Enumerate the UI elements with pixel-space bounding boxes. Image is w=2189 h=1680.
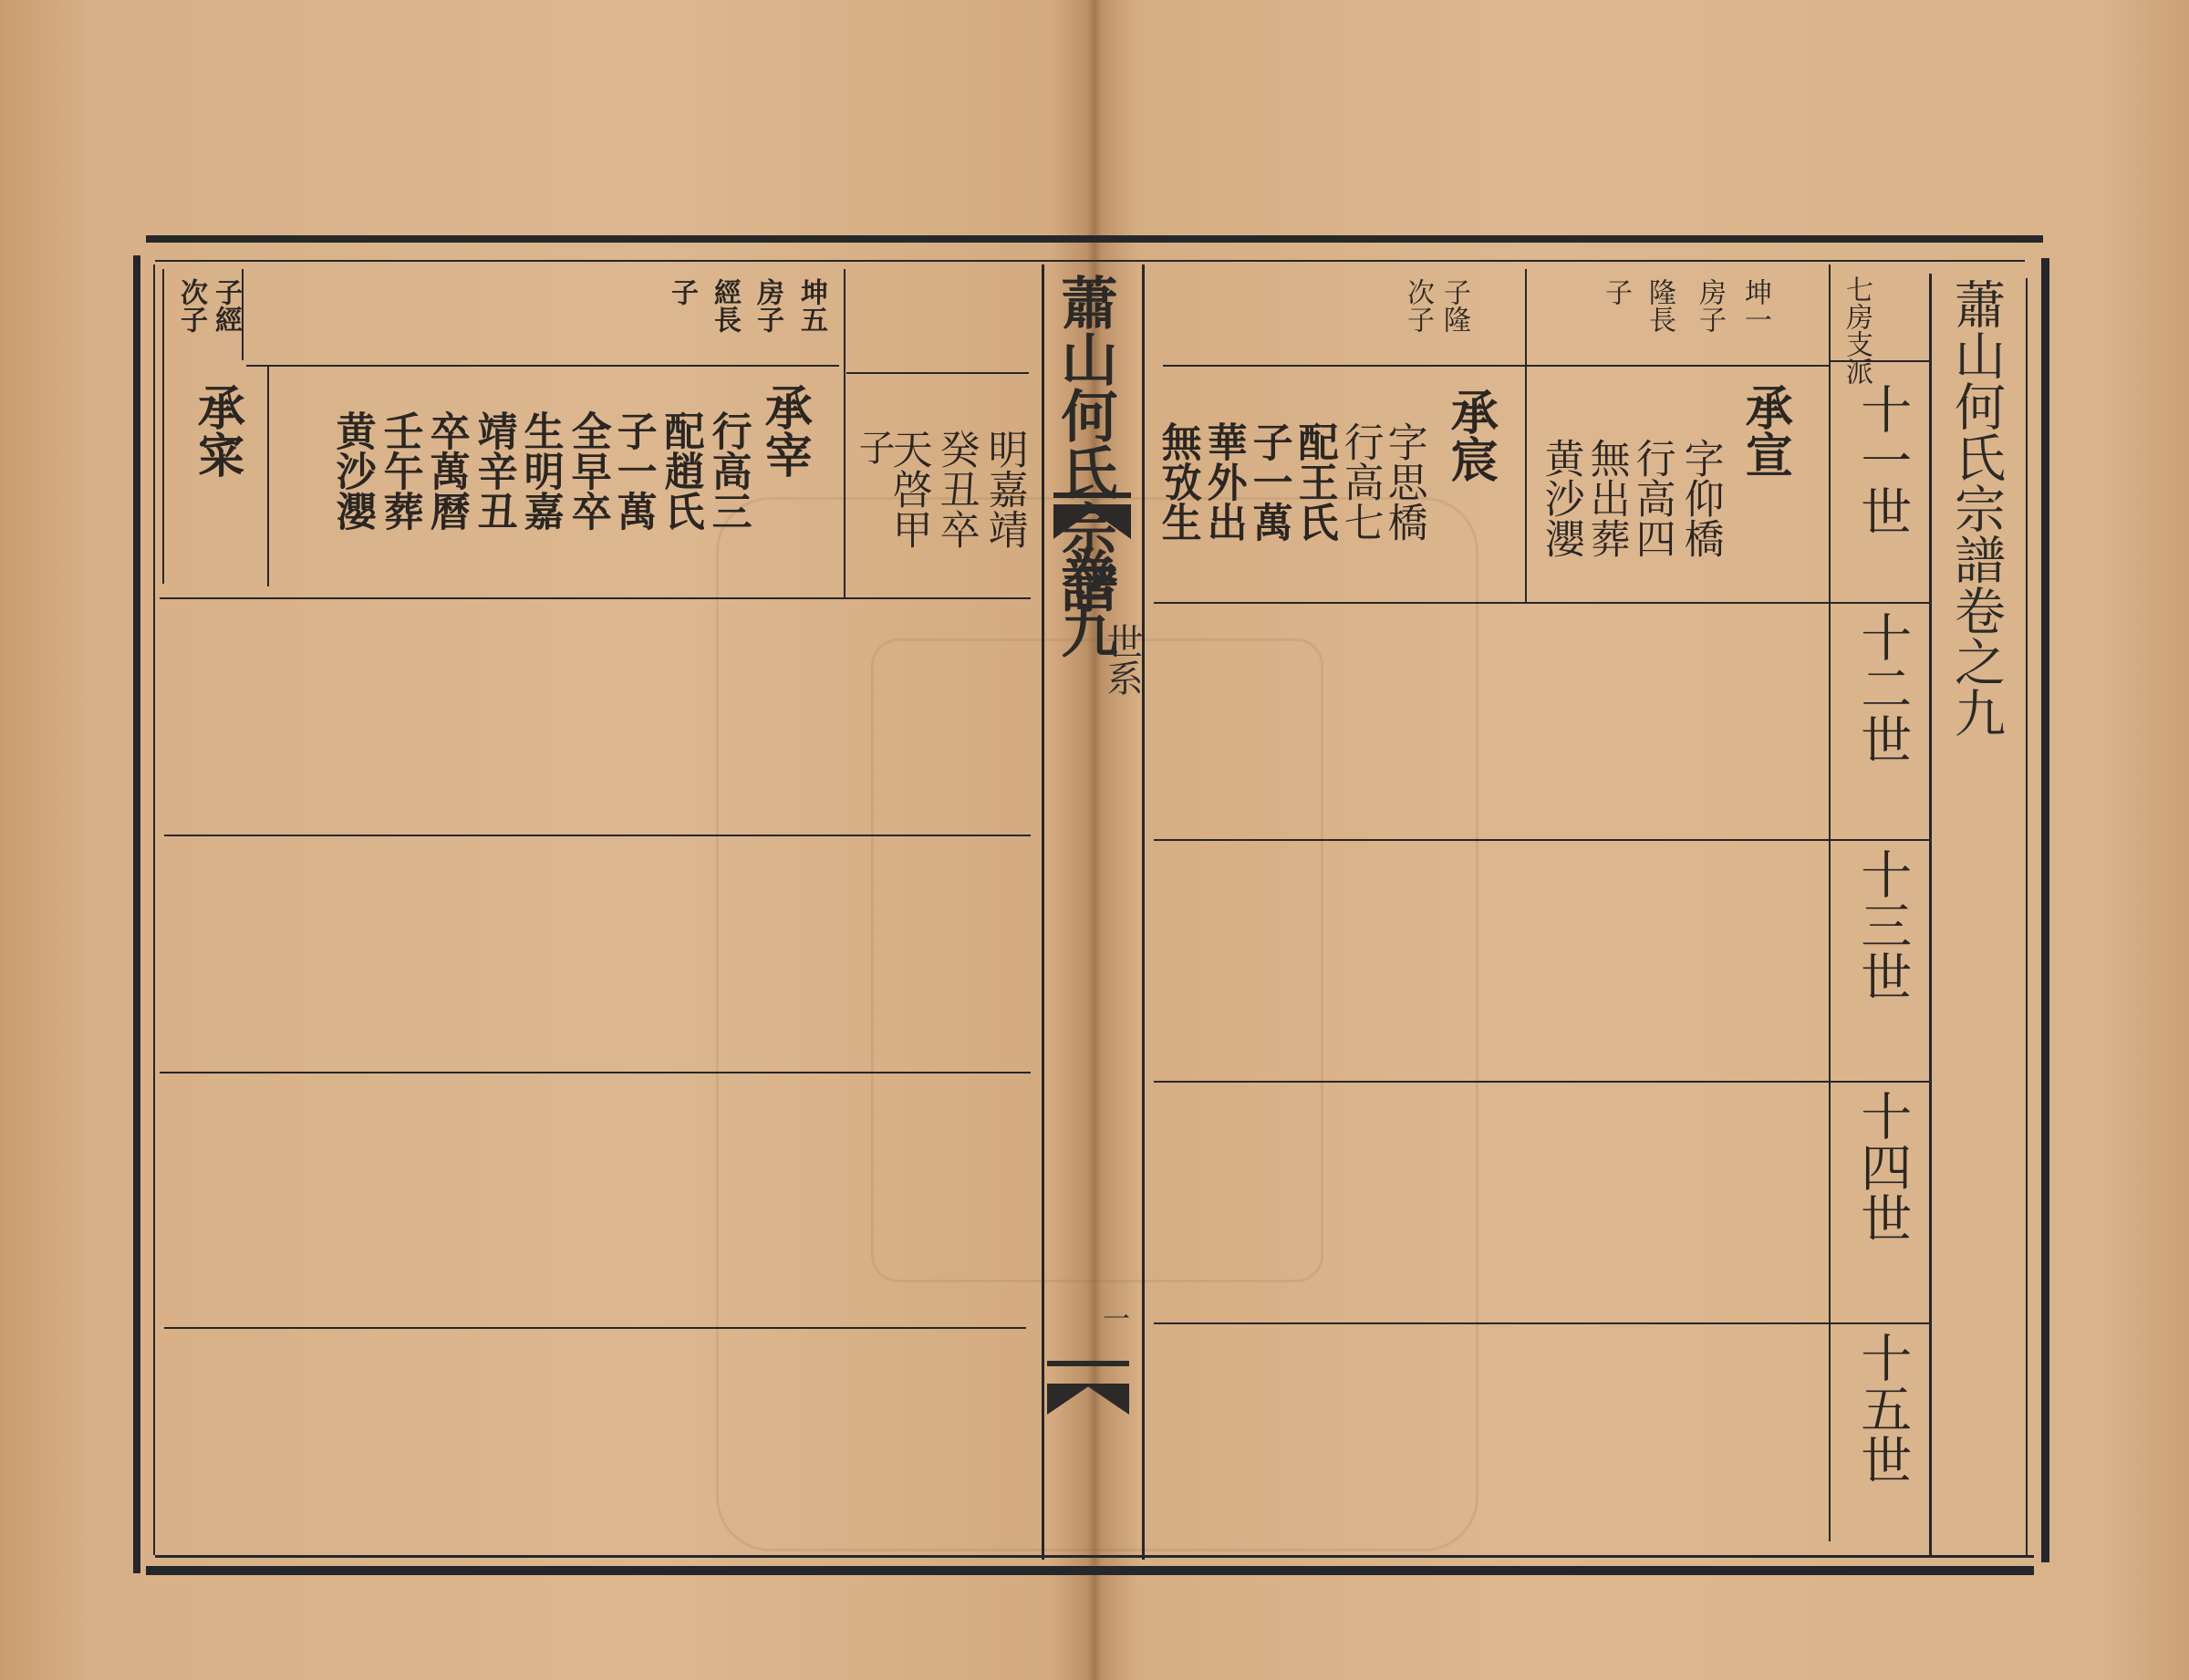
- right-header-rule: [1929, 274, 1932, 1555]
- entry-divider: [1525, 269, 1527, 602]
- lineage-note: 子隆: [1437, 278, 1472, 333]
- person-detail: 配趙氏: [657, 410, 703, 531]
- row-rule: [160, 1072, 1031, 1073]
- entry-divider: [844, 269, 846, 597]
- lineage-note: 房子: [750, 278, 785, 333]
- generation-label: 十五世: [1852, 1332, 1913, 1485]
- row-rule: [164, 1327, 1026, 1329]
- spine-page-number: 一: [1099, 1304, 1126, 1332]
- person-detail: 華外出: [1199, 421, 1246, 542]
- person-detail: 黄沙瀴: [328, 410, 375, 531]
- entry-divider: [162, 269, 164, 584]
- frame-top-thick: [146, 235, 2043, 243]
- person-detail: 行高三: [704, 410, 751, 531]
- person-detail: 行高四: [1628, 438, 1675, 558]
- lineage-header-rule: [246, 365, 839, 367]
- generation-label: 十四世: [1852, 1090, 1913, 1243]
- generation-label: 十三世: [1852, 848, 1913, 1001]
- person-detail: 壬午葬: [376, 410, 422, 531]
- person-detail: 配王氏: [1291, 421, 1337, 542]
- person-name: 承宣: [1738, 383, 1790, 478]
- spine-left-rule: [1042, 264, 1044, 1560]
- lineage-note: 隆長: [1642, 278, 1677, 333]
- generation-column-rule: [1829, 264, 1831, 1541]
- person-detail: 卒萬曆: [422, 410, 469, 531]
- lineage-note: 經長: [707, 278, 742, 333]
- person-detail: 行高七: [1336, 421, 1383, 542]
- lineage-header-rule: [1163, 365, 1829, 367]
- lineage-note: 坤一: [1738, 278, 1773, 333]
- person-detail: 明嘉靖: [980, 429, 1027, 549]
- row-rule: [164, 835, 1031, 836]
- person-detail: 字仰橋: [1676, 438, 1723, 558]
- row-rule: [1154, 1081, 1929, 1083]
- frame-bottom-thick: [146, 1566, 2034, 1575]
- lineage-note: 次子: [173, 278, 209, 333]
- row-rule: [1154, 602, 1929, 604]
- person-detail: 全早卒: [564, 410, 610, 531]
- lineage-header-rule: [846, 372, 1029, 374]
- person-detail: 子一萬: [609, 410, 656, 531]
- row-rule: [1154, 1322, 1929, 1324]
- frame-right-thin: [2026, 278, 2028, 1555]
- person-name: 承宰: [757, 383, 809, 478]
- person-detail: 無攷生: [1154, 421, 1200, 542]
- branch-header: 七房支派: [1842, 275, 1870, 358]
- spine-right-rule: [1142, 264, 1145, 1560]
- person-detail: 子一萬: [1245, 421, 1292, 542]
- entry-divider: [267, 365, 269, 586]
- frame-left-thick: [133, 255, 140, 1573]
- person-detail: 無出葬: [1582, 438, 1629, 558]
- frame-right-thick: [2041, 258, 2049, 1562]
- spine-section: 世系: [1104, 623, 1140, 696]
- frame-left-thin: [153, 264, 155, 1555]
- row-rule: [160, 597, 1031, 599]
- watermark: [871, 638, 1323, 1282]
- lineage-note: 坤五: [794, 278, 829, 333]
- person-detail: 生明嘉: [516, 410, 563, 531]
- person-detail: 黄沙瀴: [1537, 438, 1583, 558]
- person-detail: 癸丑卒: [932, 429, 979, 549]
- lineage-note: 次子: [1400, 278, 1436, 333]
- fish-tail-icon: [1053, 493, 1131, 498]
- lineage-note: 子: [664, 278, 700, 306]
- person-name: 承宸: [1443, 388, 1495, 482]
- person-detail: 靖辛丑: [470, 410, 516, 531]
- frame-top-thin: [155, 260, 2025, 262]
- person-detail: 字思橋: [1380, 421, 1426, 542]
- person-detail: 子: [853, 429, 895, 465]
- lineage-note: 子經: [208, 278, 244, 333]
- lineage-note: 房子: [1692, 278, 1727, 333]
- person-name: 承寀: [190, 383, 242, 478]
- frame-bottom-thin: [155, 1555, 2034, 1558]
- row-rule: [1154, 839, 1929, 841]
- lineage-note: 子: [1598, 278, 1634, 306]
- generation-label: 十一世: [1852, 383, 1913, 536]
- branch-header-text: 七房支派: [1842, 275, 1870, 358]
- generation-label: 十二世: [1852, 611, 1913, 764]
- bottom-fish-tail-icon: [1047, 1361, 1129, 1366]
- right-page-header: 蕭山何氏宗譜卷之九: [1950, 278, 2001, 738]
